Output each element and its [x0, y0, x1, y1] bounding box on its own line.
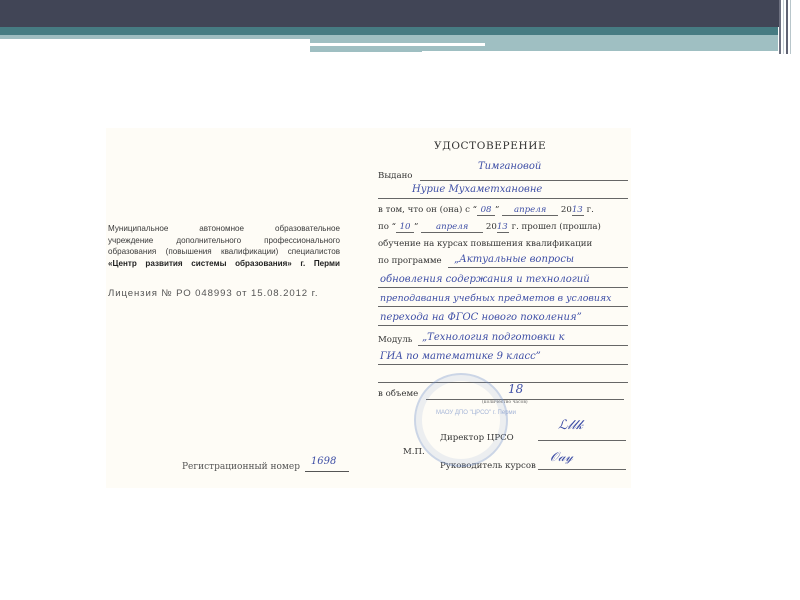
program-line: „Актуальные вопросы: [454, 254, 574, 265]
official-stamp: [414, 373, 508, 467]
underline: [538, 469, 626, 470]
reg-field: 1698: [305, 461, 349, 472]
program-label: по программе: [378, 256, 442, 266]
module-line: ГИА по математике 9 класс”: [380, 351, 541, 362]
slide-header-accent: [0, 27, 778, 35]
recipient-name: Нурие Мухаметхановне: [412, 184, 542, 195]
volume-hours: 18: [508, 382, 523, 396]
year-prefix: 20: [486, 222, 497, 232]
org-name: «Центр развития системы образования» г. …: [108, 258, 340, 270]
reg-label: Регистрационный номер: [182, 462, 300, 472]
registration-number: Регистрационный номер 1698: [182, 461, 349, 472]
org-line: образования (повышения квалификации) спе…: [108, 246, 340, 258]
date-from-line: в том, что он (она) с “08” апреля 2013 г…: [378, 205, 594, 216]
date-to-label: по “: [378, 222, 396, 232]
underline: [378, 325, 628, 326]
license-number: Лицензия № РО 048993 от 15.08.2012 г.: [108, 288, 340, 299]
underline: [538, 440, 626, 441]
to-month: апреля: [421, 222, 483, 233]
training-label: обучение на курсах повышения квалификаци…: [378, 239, 592, 249]
recipient-surname: Тимгановой: [478, 161, 541, 172]
slide-header-vline: [783, 0, 784, 54]
certificate-title: УДОСТОВЕРЕНИЕ: [434, 140, 546, 152]
stamp-text: МАОУ ДПО "ЦРСО" г. Перми: [436, 410, 516, 416]
underline: [448, 267, 628, 268]
program-line: обновления содержания и технологий: [380, 274, 590, 285]
org-line: учреждение дополнительного профессиональ…: [108, 235, 340, 247]
underline: [378, 364, 628, 365]
org-line: Муниципальное автономное образовательное: [108, 223, 340, 235]
reg-value: 1698: [311, 456, 336, 467]
program-line: преподавания учебных предметов в условия…: [380, 293, 611, 304]
course-head-signature: 𝒪𝒶𝓎: [550, 450, 573, 465]
underline: [378, 198, 628, 199]
underline: [378, 306, 628, 307]
to-day: 10: [396, 222, 414, 233]
module-label: Модуль: [378, 335, 412, 345]
year-suffix: г.: [587, 205, 594, 215]
slide-header-vline: [786, 0, 788, 54]
program-line: перехода на ФГОС нового поколения”: [380, 312, 582, 323]
slide-header-band: [0, 0, 780, 27]
to-year: 13: [497, 222, 509, 233]
date-to-line: по “10” апреля 2013 г. прошел (прошла): [378, 222, 601, 233]
underline: [378, 382, 628, 383]
underline: [420, 180, 628, 181]
certificate-scan: Муниципальное автономное образовательное…: [106, 128, 631, 488]
slide-header-vline: [790, 0, 791, 54]
from-day: 08: [477, 205, 495, 216]
slide-header-vline: [779, 0, 781, 54]
year-prefix: 20: [561, 205, 572, 215]
director-signature: ℒ𝓁𝓁𝓀: [558, 418, 583, 433]
underline: [378, 287, 628, 288]
organization-info: Муниципальное автономное образовательное…: [108, 223, 340, 269]
issued-label: Выдано: [378, 171, 412, 181]
from-year: 13: [572, 205, 584, 216]
date-from-label: в том, что он (она) с “: [378, 205, 477, 215]
slide-header-divider: [310, 43, 485, 46]
underline: [418, 345, 628, 346]
volume-label: в объеме: [378, 389, 418, 399]
from-month: апреля: [502, 205, 558, 216]
slide-header-accent-thin: [0, 35, 310, 39]
passed-label: г. прошел (прошла): [512, 222, 601, 232]
module-line: „Технология подготовки к: [422, 332, 564, 343]
seal-label: М.П.: [403, 447, 425, 457]
slide-header-divider-2: [422, 51, 778, 54]
